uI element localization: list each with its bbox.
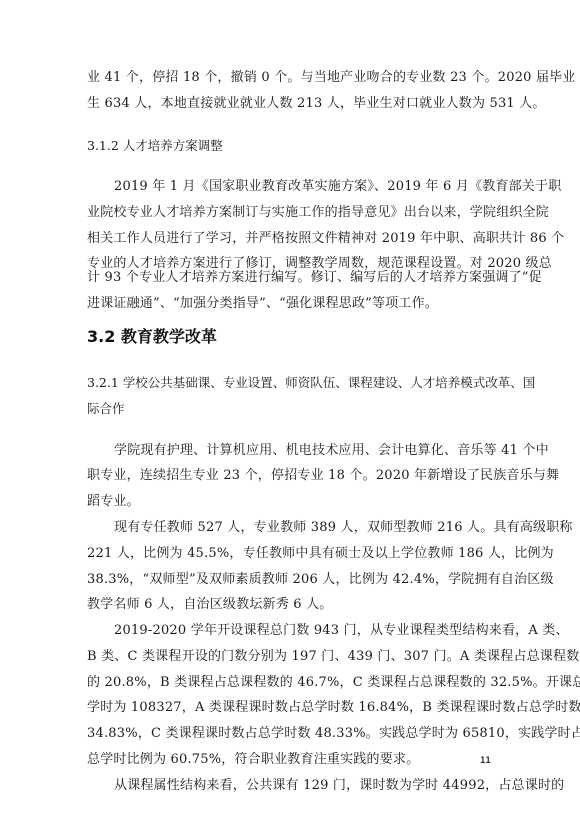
body-text-line: 计 93 个专业人才培养方案进行编写。修订、编写后的人才培养方案强调了“促 xyxy=(87,270,493,286)
body-text-line: 现有专任教师 527 人，专业教师 389 人，双师型教师 216 人。具有高级… xyxy=(114,520,493,536)
body-text-line: 教学名师 6 人，自治区级教坛新秀 6 人。 xyxy=(87,597,493,613)
body-text-line: B 类、C 类课程开设的门数分别为 197 门、439 门、307 门。A 类课… xyxy=(87,649,493,665)
body-text-line: 38.3%，“双师型”及双师素质教师 206 人，比例为 42.4%，学院拥有自… xyxy=(87,572,493,588)
section-heading-3-2: 3.2 教育教学改革 xyxy=(87,327,217,347)
body-text-line: 2019-2020 学年开设课程总门数 943 门，从专业课程类型结构来看，A … xyxy=(114,623,493,639)
section-heading-3-1-2: 3.1.2 人才培养方案调整 xyxy=(87,138,223,154)
body-text-line: 蹈专业。 xyxy=(87,494,493,510)
section-heading-3-2-1: 3.2.1 学校公共基础课、专业设置、师资队伍、课程建设、人才培养模式改革、国 xyxy=(87,375,493,391)
body-text-line: 进课证融通”、“加强分类指导”、“强化课程思政”等项工作。 xyxy=(87,296,493,312)
body-text-line: 业 41 个，停招 18 个，撤销 0 个。与当地产业吻合的专业数 23 个。2… xyxy=(87,70,493,86)
body-text-line: 学时为 108327，A 类课程课时数占总学时数 16.84%，B 类课程课时数… xyxy=(87,700,493,716)
body-text-line: 2019 年 1 月《国家职业教育改革实施方案》、2019 年 6 月《教育部关… xyxy=(114,179,493,195)
body-text-line: 从课程属性结构来看，公共课有 129 门，课时数为学时 44992，占总课时的 xyxy=(114,778,493,794)
body-text-line: 职专业，连续招生专业 23 个，停招专业 18 个。2020 年新增设了民族音乐… xyxy=(87,468,493,484)
body-text-line: 的 20.8%，B 类课程占总课程数的 46.7%，C 类课程占总课程数的 32… xyxy=(87,675,493,691)
page-number: 11 xyxy=(480,756,491,766)
body-text-line: 221 人，比例为 45.5%，专任教师中具有硕士及以上学位教师 186 人，比… xyxy=(87,546,493,562)
body-text-line: 业院校专业人才培养方案制订与实施工作的指导意见》出台以来，学院组织全院 xyxy=(87,205,493,221)
body-text-line: 相关工作人员进行了学习，并严格按照文件精神对 2019 年中职、高职共计 86 … xyxy=(87,231,493,247)
body-text-line: 总学时比例为 60.75%，符合职业教育注重实践的要求。 xyxy=(87,752,493,768)
document-page: 业 41 个，停招 18 个，撤销 0 个。与当地产业吻合的专业数 23 个。2… xyxy=(0,0,580,820)
body-text-line: 生 634 人，本地直接就业就业人数 213 人，毕业生对口就业人数为 531 … xyxy=(87,96,493,112)
body-text-line: 学院现有护理、计算机应用、机电技术应用、会计电算化、音乐等 41 个中 xyxy=(114,443,493,459)
section-heading-3-2-1-cont: 际合作 xyxy=(87,401,125,417)
body-text-line: 34.83%，C 类课程课时数占总学时数 48.33%。实践总学时为 65810… xyxy=(87,726,493,742)
